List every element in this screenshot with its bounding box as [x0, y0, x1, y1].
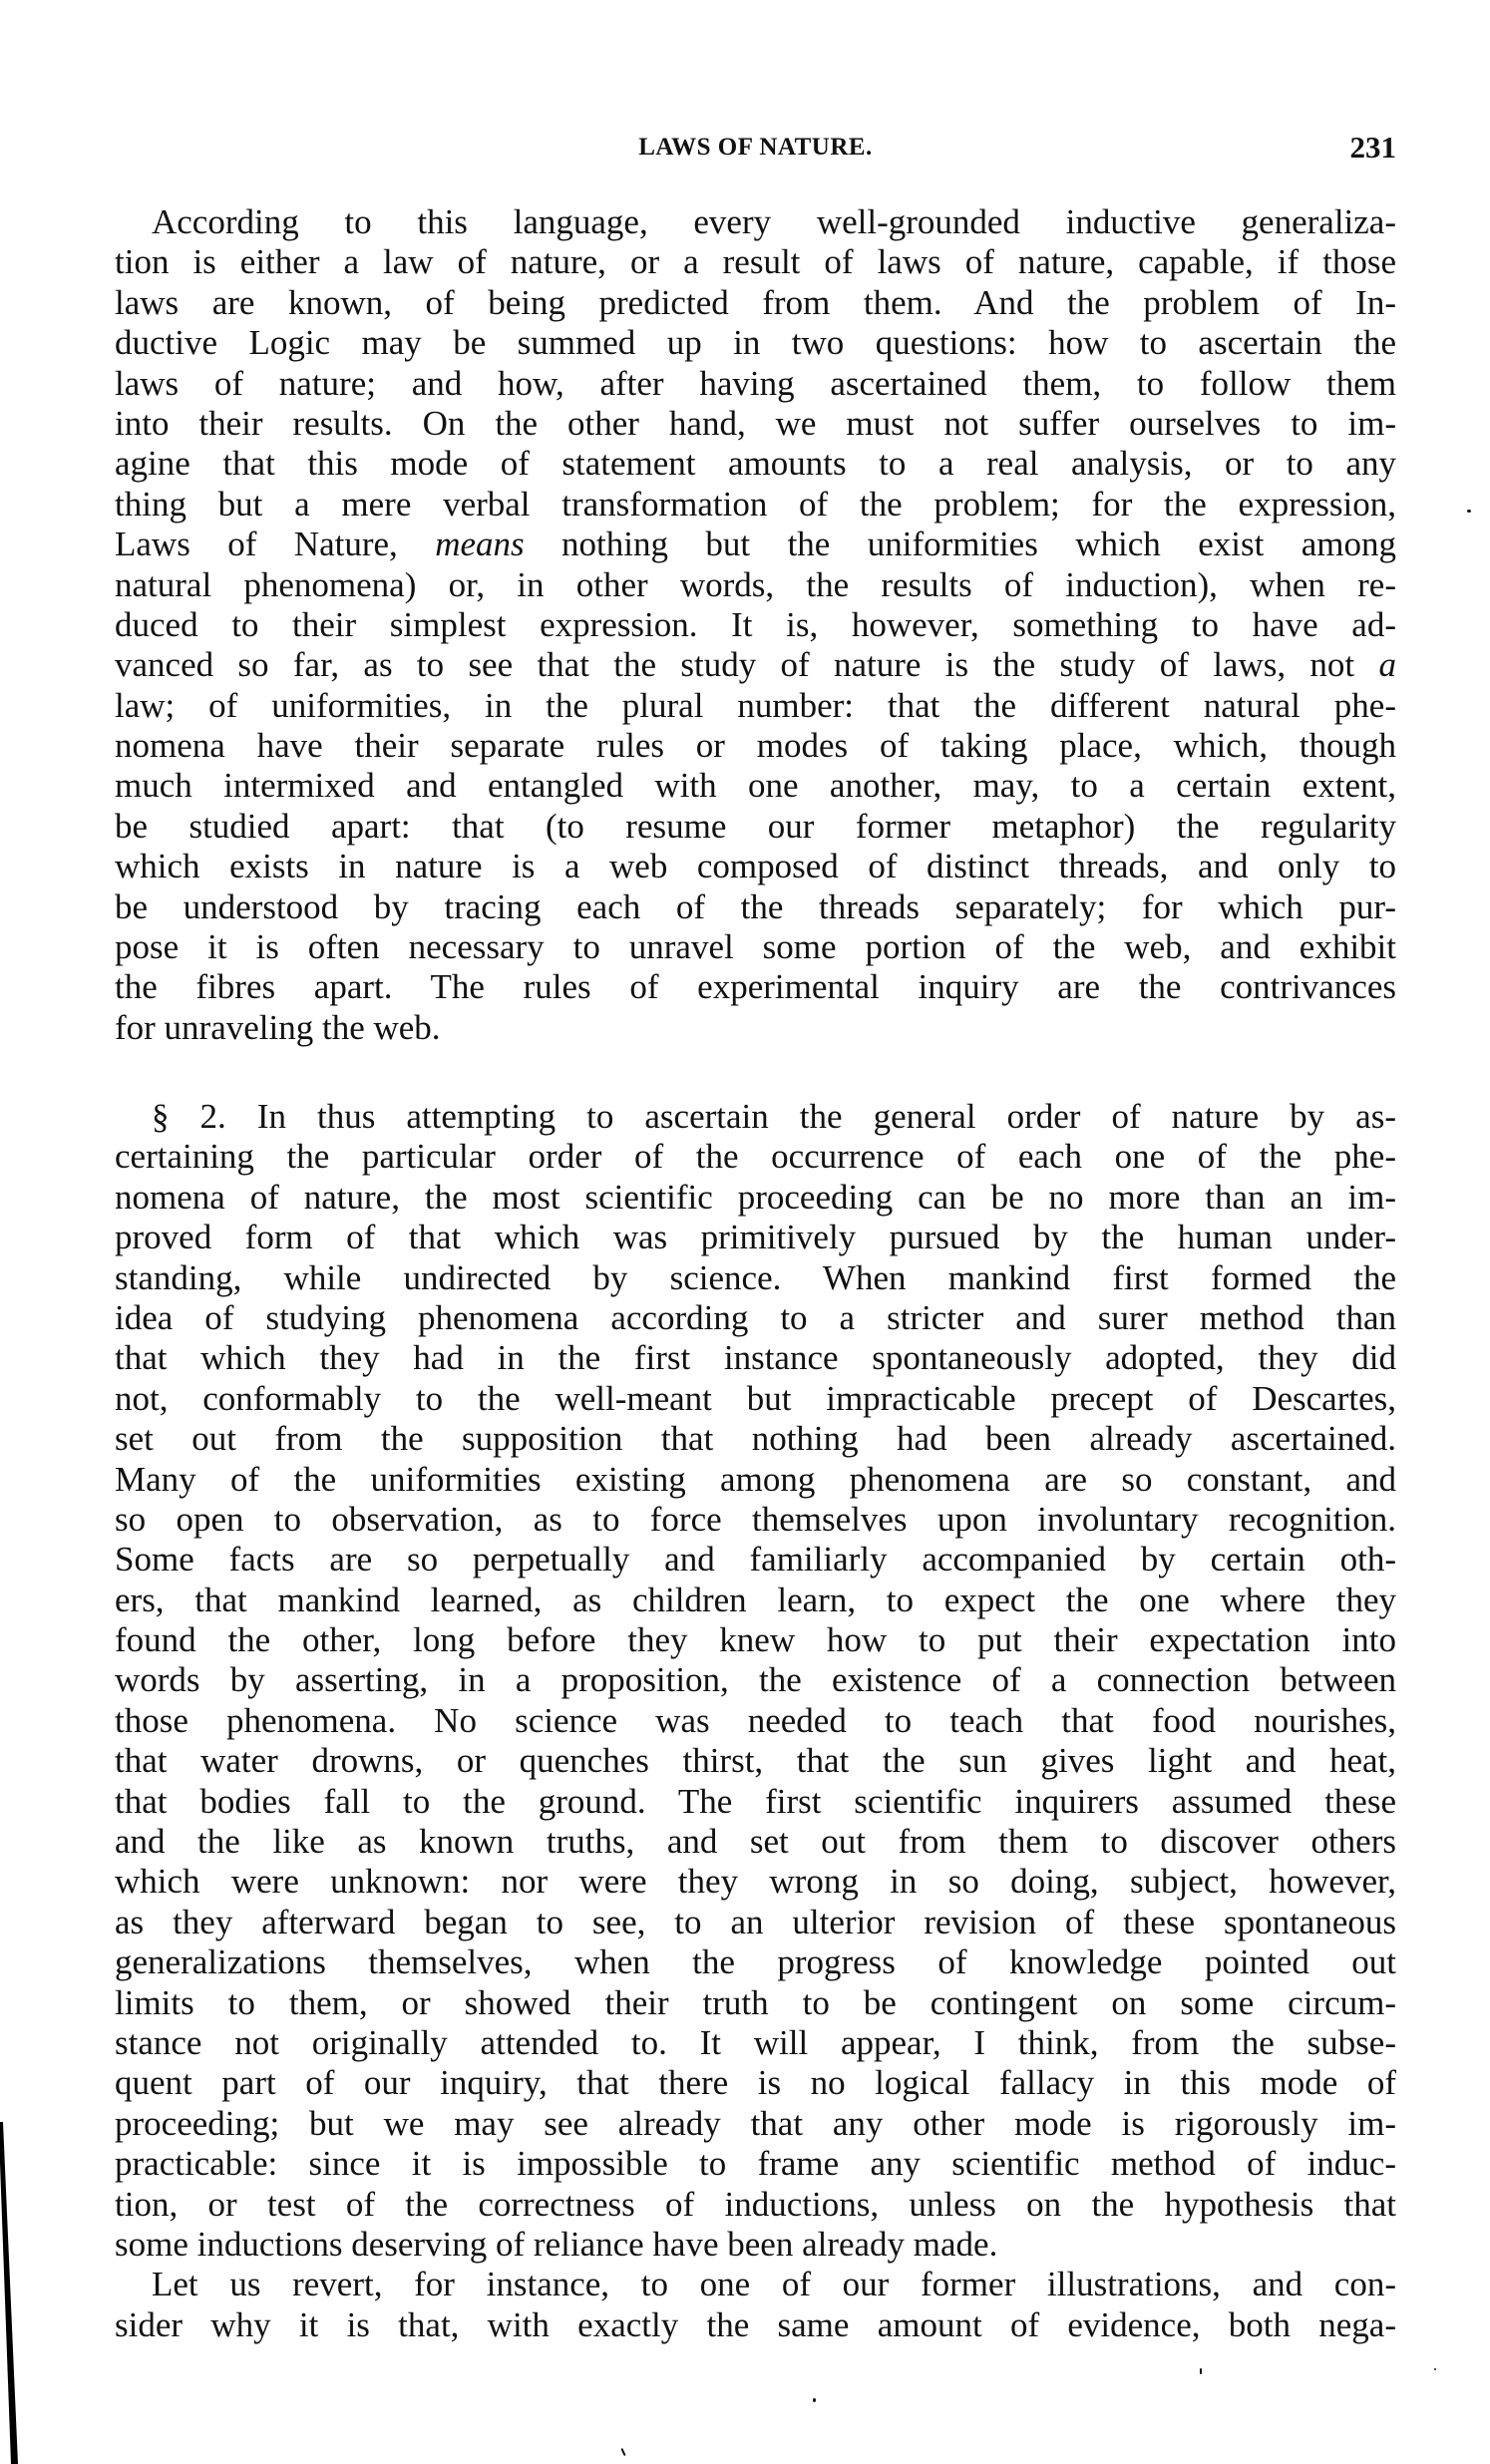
text-line: laws are known, of being predicted from … [115, 283, 1396, 323]
section-heading-line: § 2. In thus attempting to ascertain the… [115, 1097, 1396, 1137]
text-line: practicable: since it is impossible to f… [115, 2144, 1396, 2184]
paragraph-1: According to this language, every well-g… [115, 202, 1396, 1048]
text-line: ductive Logic may be summed up in two qu… [115, 323, 1396, 363]
text-line: idea of studying phenomena according to … [115, 1298, 1396, 1338]
text-run: nothing but the uniformities which exist… [525, 525, 1396, 563]
section-2: § 2. In thus attempting to ascertain the… [115, 1097, 1396, 2345]
text-line-with-italic: vanced so far, as to see that the study … [115, 645, 1396, 685]
text-line: be studied apart: that (to resume our fo… [115, 807, 1396, 847]
text-line: quent part of our inquiry, that there is… [115, 2063, 1396, 2103]
text-line: for unraveling the web. [115, 1008, 1396, 1048]
text-line: which were unknown: nor were they wrong … [115, 1862, 1396, 1902]
italic-run: means [435, 525, 524, 563]
text-line: agine that this mode of statement amount… [115, 444, 1396, 484]
text-line: that which they had in the first instanc… [115, 1338, 1396, 1378]
text-line: sider why it is that, with exactly the s… [115, 2305, 1396, 2345]
text-line: some inductions deserving of reliance ha… [115, 2225, 1396, 2265]
text-line: Let us revert, for instance, to one of o… [115, 2265, 1396, 2304]
text-line: that bodies fall to the ground. The firs… [115, 1782, 1396, 1822]
text-line: generalizations themselves, when the pro… [115, 1942, 1396, 1982]
text-line-with-italic: Laws of Nature, means nothing but the un… [115, 525, 1396, 564]
text-line: those phenomena. No science was needed t… [115, 1701, 1396, 1741]
text-line: limits to them, or showed their truth to… [115, 1983, 1396, 2023]
text-line: be understood by tracing each of the thr… [115, 887, 1396, 927]
text-line: natural phenomena) or, in other words, t… [115, 565, 1396, 605]
page-edge-shadow [0, 2122, 18, 2464]
page-number: 231 [1350, 130, 1397, 166]
book-page: LAWS OF NATURE. 231 According to this la… [0, 0, 1490, 2464]
text-line: so open to observation, as to force them… [115, 1500, 1396, 1540]
text-line: the fibres apart. The rules of experimen… [115, 967, 1396, 1007]
text-line: duced to their simplest expression. It i… [115, 605, 1396, 645]
text-line: nomena have their separate rules or mode… [115, 726, 1396, 766]
text-line: set out from the supposition that nothin… [115, 1419, 1396, 1459]
text-line: laws of nature; and how, after having as… [115, 364, 1396, 404]
text-line: tion, or test of the correctness of indu… [115, 2185, 1396, 2225]
text-line: Some facts are so perpetually and famili… [115, 1540, 1396, 1580]
text-line: certaining the particular order of the o… [115, 1137, 1396, 1177]
text-line: words by asserting, in a proposition, th… [115, 1660, 1396, 1700]
text-line: and the like as known truths, and set ou… [115, 1822, 1396, 1862]
text-line: stance not originally attended to. It wi… [115, 2023, 1396, 2063]
text-line: much intermixed and entangled with one a… [115, 766, 1396, 806]
text-line: nomena of nature, the most scientific pr… [115, 1178, 1396, 1218]
italic-run: a [1379, 645, 1397, 684]
text-line: found the other, long before they knew h… [115, 1620, 1396, 1660]
text-line: tion is either a law of nature, or a res… [115, 242, 1396, 282]
text-line: as they afterward began to see, to an ul… [115, 1903, 1396, 1942]
scan-speck [620, 2448, 625, 2456]
text-line: not, conformably to the well-meant but i… [115, 1379, 1396, 1419]
running-head: LAWS OF NATURE. 231 [115, 128, 1396, 168]
text-line: proved form of that which was primitivel… [115, 1218, 1396, 1257]
text-line: proceeding; but we may see already that … [115, 2104, 1396, 2144]
running-title: LAWS OF NATURE. [115, 134, 1396, 162]
text-line: thing but a mere verbal transformation o… [115, 485, 1396, 525]
text-line: standing, while undirected by science. W… [115, 1258, 1396, 1298]
text-line: Many of the uniformities existing among … [115, 1460, 1396, 1500]
text-run: Laws of Nature, [115, 525, 435, 563]
text-line: that water drowns, or quenches thirst, t… [115, 1741, 1396, 1781]
text-line: which exists in nature is a web composed… [115, 847, 1396, 886]
text-line: pose it is often necessary to unravel so… [115, 927, 1396, 967]
text-line: ers, that mankind learned, as children l… [115, 1581, 1396, 1620]
scan-speck [1200, 2368, 1202, 2374]
scan-speck [1467, 510, 1471, 513]
scan-speck [813, 2398, 816, 2402]
text-run: vanced so far, as to see that the study … [115, 645, 1379, 684]
text-line: into their results. On the other hand, w… [115, 404, 1396, 444]
text-line: law; of uniformities, in the plural numb… [115, 686, 1396, 726]
scan-speck [1434, 2368, 1436, 2370]
text-line: According to this language, every well-g… [115, 202, 1396, 242]
